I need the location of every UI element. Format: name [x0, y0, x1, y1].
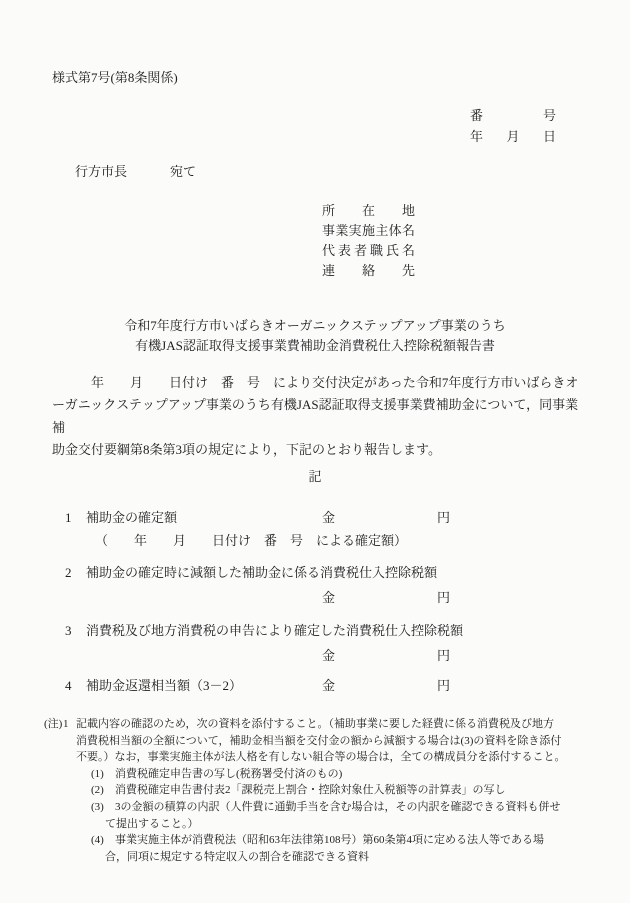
item-1-amount-prefix: 金 — [322, 509, 335, 528]
item-2-amount-suffix: 円 — [437, 589, 450, 608]
note-sub-item-1: (1) 消費税確定申告書の写し(税務署受付済のもの) — [0, 766, 630, 783]
date-day-label: 日 — [543, 128, 556, 147]
item-3-amount-row: 金 円 — [0, 647, 630, 667]
item-2-amount-row: 金 円 — [0, 589, 630, 609]
item-1-amount-suffix: 円 — [437, 509, 450, 528]
item-3-amount-prefix: 金 — [322, 647, 335, 666]
item-1-number: 1 — [65, 509, 72, 528]
item-3-amount-suffix: 円 — [437, 647, 450, 666]
note-sub-2-number: (2) — [91, 782, 105, 799]
note-sub-item-4: (4) 事業実施主体が消費税法（昭和63年法律第108号）第60条第4項に定める… — [0, 832, 630, 865]
form-number: 様式第7号(第8条関係) — [52, 69, 178, 88]
section-marker-ki: 記 — [0, 468, 630, 487]
note-sub-3-number: (3) — [91, 799, 105, 832]
note-marker: (注) — [44, 716, 63, 766]
document-title-line1: 令和7年度行方市いばらきオーガニックステップアップ事業のうち — [0, 317, 630, 336]
note-1-text: 記載内容の確認のため，次の資料を添付すること。（補助事業に要した経費に係る消費税… — [76, 716, 630, 766]
sender-block: 所在地 事業実施主体名 代表者職氏名 連絡先 — [322, 201, 415, 281]
item-3-number: 3 — [65, 622, 72, 641]
body-paragraph: 年 月 日付け 番 号 により交付決定があった令和7年度行方市いばらきオ ーガニ… — [52, 372, 582, 461]
item-3-label: 消費税及び地方消費税の申告により確定した消費税仕入控除税額 — [86, 622, 463, 641]
date-line: 年 月 日 — [470, 128, 556, 147]
sender-entity-label: 事業実施主体名 — [322, 221, 415, 241]
notes-section: (注) 1 記載内容の確認のため，次の資料を添付すること。（補助事業に要した経費… — [0, 716, 630, 865]
document-number-label-ban: 番 — [470, 107, 483, 126]
document-number-line: 番 号 — [470, 107, 556, 126]
note-1-number: 1 — [63, 716, 76, 766]
item-1-row: 1 補助金の確定額 金 円 — [0, 509, 630, 529]
note-sub-item-2: (2) 消費税確定申告書付表2「課税売上割合・控除対象仕入税額等の計算表」の写し — [0, 782, 630, 799]
sender-representative-label: 代表者職氏名 — [322, 241, 415, 261]
sender-contact-label: 連絡先 — [322, 261, 415, 281]
note-sub-3-text: 3の金額の積算の内訳（人件費に通勤手当を含む場合は，その内訳を確認できる資料も併… — [105, 799, 630, 832]
item-4-amount-prefix: 金 — [322, 677, 335, 696]
item-4-row: 4 補助金返還相当額（3－2） 金 円 — [0, 677, 630, 697]
item-1-label: 補助金の確定額 — [86, 509, 177, 528]
item-4-number: 4 — [65, 677, 72, 696]
note-1: (注) 1 記載内容の確認のため，次の資料を添付すること。（補助事業に要した経費… — [0, 716, 630, 766]
item-2-number: 2 — [65, 564, 72, 583]
note-sub-item-3: (3) 3の金額の積算の内訳（人件費に通勤手当を含む場合は，その内訳を確認できる… — [0, 799, 630, 832]
note-sub-4-number: (4) — [91, 832, 105, 865]
date-month-label: 月 — [506, 128, 519, 147]
item-2-amount-prefix: 金 — [322, 589, 335, 608]
item-4-label: 補助金返還相当額（3－2） — [86, 677, 242, 696]
note-sub-1-number: (1) — [91, 766, 105, 783]
addressee-name: 行方市長 — [75, 163, 127, 182]
item-3-row: 3 消費税及び地方消費税の申告により確定した消費税仕入控除税額 — [0, 622, 630, 642]
note-sub-4-text: 事業実施主体が消費税法（昭和63年法律第108号）第60条第4項に定める法人等で… — [105, 832, 630, 865]
item-4-amount-suffix: 円 — [437, 677, 450, 696]
note-sub-2-text: 消費税確定申告書付表2「課税売上割合・控除対象仕入税額等の計算表」の写し — [105, 782, 630, 799]
addressee-suffix: 宛て — [170, 163, 196, 182]
item-2-label: 補助金の確定時に減額した補助金に係る消費税仕入控除税額 — [86, 564, 437, 583]
note-sub-1-text: 消費税確定申告書の写し(税務署受付済のもの) — [105, 766, 630, 783]
sender-address-label: 所在地 — [322, 201, 415, 221]
item-2-row: 2 補助金の確定時に減額した補助金に係る消費税仕入控除税額 — [0, 564, 630, 584]
date-year-label: 年 — [470, 128, 483, 147]
document-page: 様式第7号(第8条関係) 番 号 年 月 日 行方市長 宛て 所在地 事業実施主… — [0, 0, 630, 903]
item-1-subnote: （ 年 月 日付け 番 号 による確定額） — [95, 532, 407, 551]
document-number-label-go: 号 — [543, 107, 556, 126]
document-title-line2: 有機JAS認証取得支援事業費補助金消費税仕入控除税額報告書 — [0, 337, 630, 356]
